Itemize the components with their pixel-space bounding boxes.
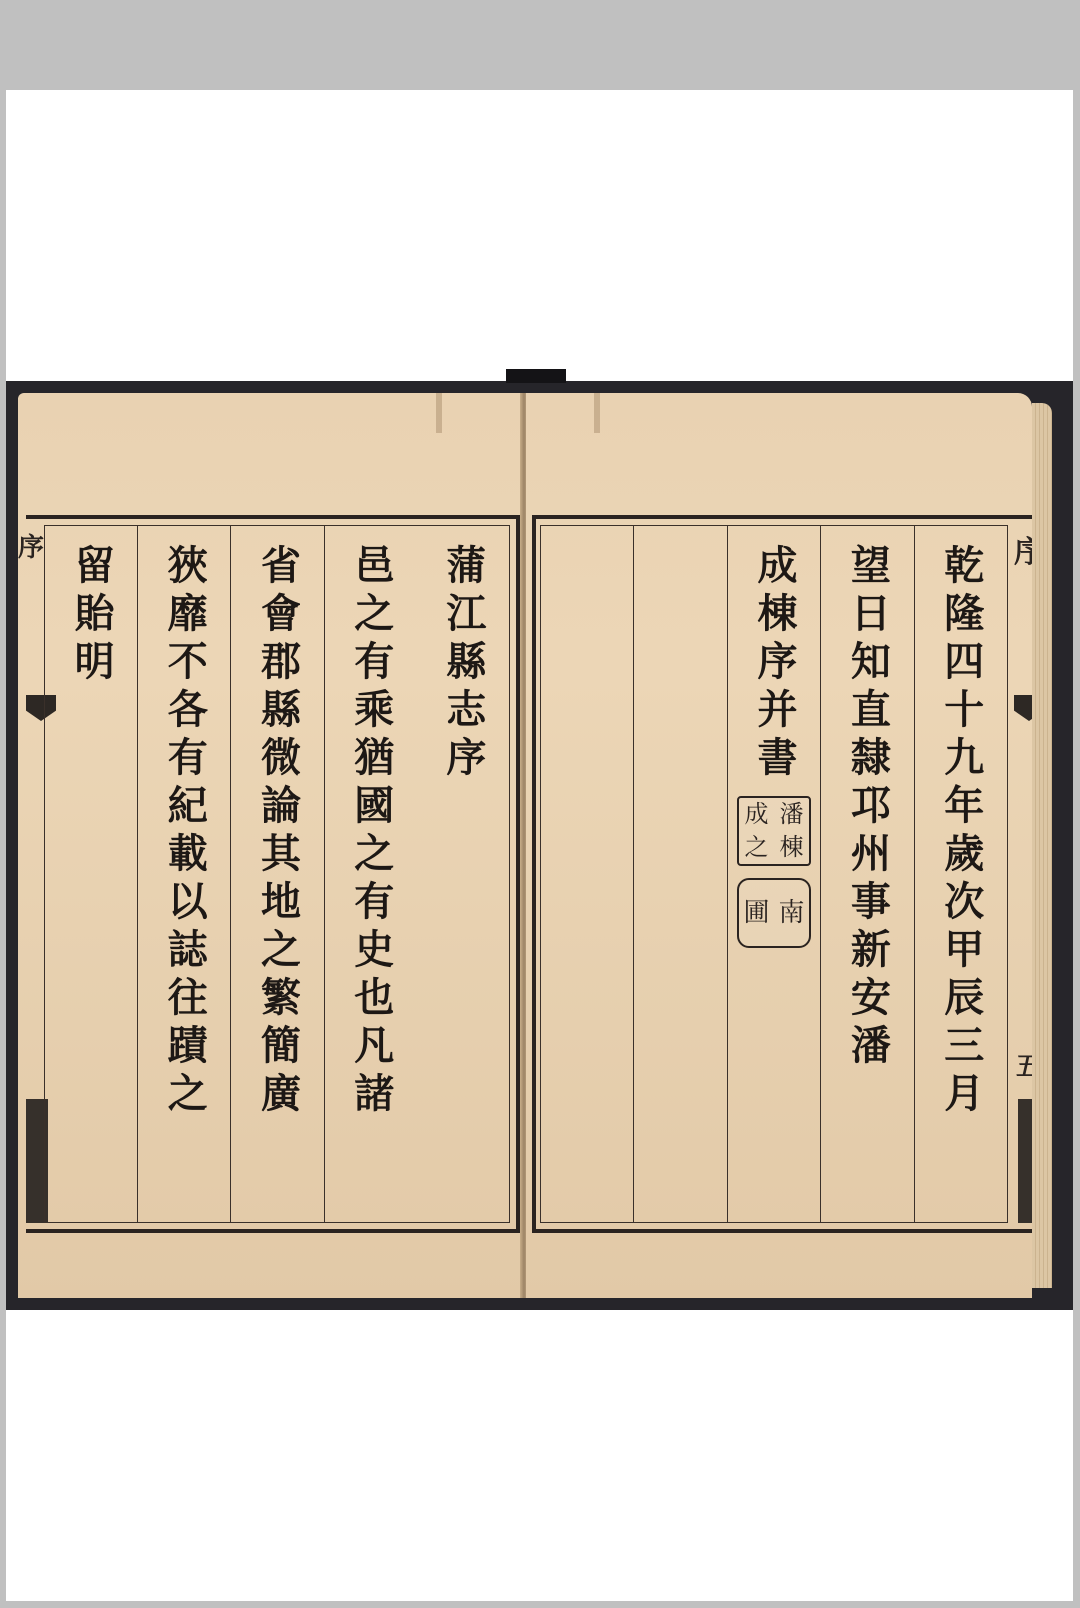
text-column: 乾隆四十九年歲次甲辰三月	[914, 526, 1007, 1222]
seal-char: 潘	[774, 798, 809, 831]
open-book: 序 蒲江縣志序 邑之有乘猶國之有史也凡諸 省會郡縣微論其地之繁簡廣	[18, 393, 1058, 1298]
seal-char: 成	[739, 798, 774, 831]
column-text: 留貽明	[71, 544, 111, 688]
book-photograph: 序 蒲江縣志序 邑之有乘猶國之有史也凡諸 省會郡縣微論其地之繁簡廣	[6, 381, 1073, 1310]
paper-tear	[594, 393, 600, 433]
seal-char: 棟	[774, 831, 809, 864]
page-edges	[1032, 403, 1052, 1288]
text-column: 成棟序并書 成 潘 之 棟 圃 南	[727, 526, 820, 1222]
column-text: 狹靡不各有紀載以誌往蹟之	[164, 544, 204, 1120]
text-column: 蒲江縣志序	[417, 526, 509, 1222]
text-column-empty	[633, 526, 726, 1222]
right-text-frame: 乾隆四十九年歲次甲辰三月 望日知直隸邛州事新安潘 成棟序并書 成 潘 之 棟	[540, 525, 1008, 1223]
right-printed-block: 乾隆四十九年歲次甲辰三月 望日知直隸邛州事新安潘 成棟序并書 成 潘 之 棟	[532, 515, 1044, 1233]
spine-shadow	[506, 369, 566, 383]
column-text: 乾隆四十九年歲次甲辰三月	[941, 544, 981, 1120]
left-margin-title: 序	[16, 527, 46, 564]
column-text: 邑之有乘猶國之有史也凡諸	[351, 544, 391, 1120]
left-printed-block: 序 蒲江縣志序 邑之有乘猶國之有史也凡諸 省會郡縣微論其地之繁簡廣	[26, 515, 520, 1233]
column-text: 省會郡縣微論其地之繁簡廣	[257, 544, 297, 1120]
seal-char: 圃	[739, 880, 774, 946]
left-text-frame: 蒲江縣志序 邑之有乘猶國之有史也凡諸 省會郡縣微論其地之繁簡廣 狹靡不各有紀載以…	[44, 525, 510, 1223]
column-text: 望日知直隸邛州事新安潘	[847, 544, 887, 1072]
text-column: 留貽明	[45, 526, 137, 1222]
round-seal: 圃 南	[737, 878, 811, 948]
text-column: 狹靡不各有紀載以誌往蹟之	[137, 526, 230, 1222]
square-seal: 成 潘 之 棟	[737, 796, 811, 866]
paper-tear	[436, 393, 442, 433]
text-column: 省會郡縣微論其地之繁簡廣	[230, 526, 323, 1222]
text-column: 邑之有乘猶國之有史也凡諸	[324, 526, 417, 1222]
right-page: 乾隆四十九年歲次甲辰三月 望日知直隸邛州事新安潘 成棟序并書 成 潘 之 棟	[526, 393, 1032, 1298]
text-column: 望日知直隸邛州事新安潘	[820, 526, 913, 1222]
seal-char: 南	[774, 880, 809, 946]
seal-char: 之	[739, 831, 774, 864]
text-column-empty	[541, 526, 633, 1222]
column-text: 成棟序并書	[754, 544, 794, 784]
column-text: 蒲江縣志序	[443, 544, 483, 784]
left-page: 序 蒲江縣志序 邑之有乘猶國之有史也凡諸 省會郡縣微論其地之繁簡廣	[18, 393, 522, 1298]
